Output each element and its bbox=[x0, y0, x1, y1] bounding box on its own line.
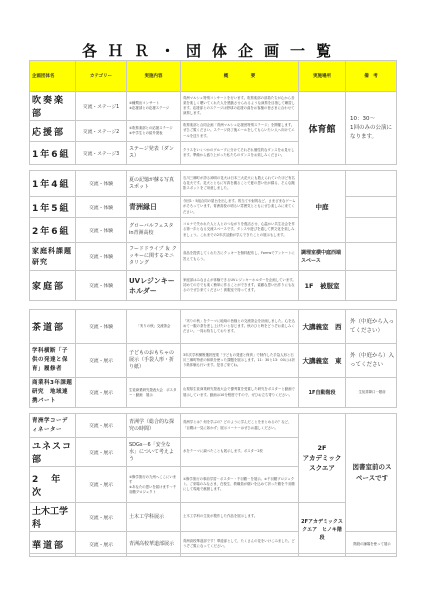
events-table-section-4: 青洲学コーディネーター 交流・展示 青洲学（総合的な探究の時間） 青洲学とは？何… bbox=[29, 413, 397, 557]
organizer-name: 茶道部 bbox=[30, 310, 76, 344]
event-note bbox=[346, 171, 397, 197]
event-description: 青洲学とは？何を学ぶの？どのように学んだことをまとめるの？など、「百聞は一見に如… bbox=[181, 414, 299, 438]
category: 交流・展示 bbox=[76, 378, 127, 408]
event-content: 夏の記憶が蘇る写真スポット bbox=[127, 171, 181, 197]
table-row: 家庭部 交流・体験 UVレジンキーホルダー 家庭部はみなさんが体験できるUVレジ… bbox=[30, 271, 397, 301]
event-place: 1F 被服室 bbox=[299, 271, 346, 301]
event-note bbox=[346, 197, 397, 218]
event-description: 3年次学科横断選択授業「子どもの発達と保育」で制作した手袋人形と石川三郷町特産の… bbox=[181, 344, 299, 378]
organizer-name: 土木工学科 bbox=[30, 503, 76, 532]
organizer-name: 2 年 次 bbox=[30, 467, 76, 503]
event-content: 「実りの秋」交流茶会 bbox=[127, 310, 181, 344]
organizer-name: ユネスコ部 bbox=[30, 438, 76, 467]
organizer-name: 吹奏楽部 bbox=[30, 92, 76, 121]
event-description: 食品を提供してくれた方にクッキーを無料配布し、Formsでアンケートに答えてもら… bbox=[181, 243, 299, 271]
events-table-section-2: 1年4組 交流・体験 夏の記憶が蘇る写真スポット 石川三郷町が誇る神明の花火は日… bbox=[29, 170, 397, 301]
event-place: 体育館 bbox=[299, 92, 346, 165]
event-content: 土木工学科展示 bbox=[127, 503, 181, 532]
category: 交流・ステージ3 bbox=[76, 142, 127, 165]
event-note bbox=[346, 218, 397, 243]
organizer-name: 家庭科課題研究 bbox=[30, 243, 76, 271]
event-place: 2Fアカデミックスクエア ヒノキ階段 bbox=[299, 503, 346, 557]
events-table-section-1: 企画団体名 カテゴリー 実施内容 概 要 実施場所 備 考 吹奏楽部 交流・ステ… bbox=[29, 60, 397, 165]
header-notes: 備 考 bbox=[346, 61, 397, 92]
event-content: 青洲縁日 bbox=[127, 197, 181, 218]
event-content: フードドライブ ＆ クッキーに関するモニタリング bbox=[127, 243, 181, 271]
organizer-name: 1年5組 bbox=[30, 197, 76, 218]
event-content: ①種飛出コンサート ②応援部との応援ステージ bbox=[127, 92, 181, 121]
event-content: 子どものおもちゃの展示（手袋人形・折り紙） bbox=[127, 344, 181, 378]
event-description: 土木工学科の生徒が製作した作品を展示します。 bbox=[181, 503, 299, 532]
event-content: グローバルフェスタin青洲高校 bbox=[127, 218, 181, 243]
organizer-name: 1年6組 bbox=[30, 142, 76, 165]
category: 交流・体験 bbox=[76, 171, 127, 197]
table-row: 学科横断「子供の発達と保育」履修者 交流・展示 子どものおもちゃの展示（手袋人形… bbox=[30, 344, 397, 378]
organizer-name: 家庭部 bbox=[30, 271, 76, 301]
event-note: 10：30～ 1回のみの公演になります。 bbox=[346, 92, 397, 165]
event-place: 2F アカデミックスクエア bbox=[299, 414, 346, 503]
event-note: 図書室前のスペースです bbox=[346, 414, 397, 532]
organizer-name: 商業科3年課題研究 地域連携パート bbox=[30, 378, 76, 408]
table-row: 吹奏楽部 交流・ステージ1 ①種飛出コンサート ②応援部との応援ステージ 青洲マ… bbox=[30, 92, 397, 121]
event-place: 1F自動階段 bbox=[299, 378, 346, 408]
category: 交流・展示 bbox=[76, 467, 127, 503]
event-note bbox=[346, 271, 397, 301]
category: 交流・展示 bbox=[76, 438, 127, 467]
category: 交流・体験 bbox=[76, 197, 127, 218]
event-content: UVレジンキーホルダー bbox=[127, 271, 181, 301]
organizer-name: 応援部 bbox=[30, 121, 76, 142]
event-place: 大講義室 東 bbox=[299, 344, 346, 378]
event-place: 大講義室 西 bbox=[299, 310, 346, 344]
category: 交流・展示 bbox=[76, 414, 127, 438]
header-summary: 概 要 bbox=[181, 61, 299, 92]
table-row: 家庭科課題研究 交流・体験 フードドライブ ＆ クッキーに関するモニタリング 食… bbox=[30, 243, 397, 271]
page-title: 各ＨＲ・団体企画一覧 bbox=[0, 40, 424, 61]
category: 交流・体験 bbox=[76, 310, 127, 344]
category: 交流・体験 bbox=[76, 218, 127, 243]
divider bbox=[29, 553, 396, 554]
event-note: 外（中庭から入ってください） bbox=[346, 310, 397, 344]
category: 交流・ステージ2 bbox=[76, 121, 127, 142]
table-row: 1年4組 交流・体験 夏の記憶が蘇る写真スポット 石川三郷町が誇る神明の花火は日… bbox=[30, 171, 397, 197]
event-description: クラスをいくつかのグループに分けてそれぞれ個性的なダンスをお見せします。準備から… bbox=[181, 142, 299, 165]
event-place: 調理室横中庭西端スペース bbox=[299, 243, 346, 271]
header-place: 実施場所 bbox=[299, 61, 346, 92]
events-table-section-3: 茶道部 交流・体験 「実りの秋」交流茶会 「実りの秋」をテーマに地域の皆様との交… bbox=[29, 309, 397, 408]
event-note: 生徒昇降口一階前 bbox=[346, 378, 397, 408]
event-note bbox=[346, 243, 397, 271]
event-content: ①修学旅行の九州へここにいます ②あなたの思いを届けます～千羽鶴プロジェクト bbox=[127, 467, 181, 503]
event-description: 山梨県生徒商業研究発表大会で優秀賞を受賞した研究をポスターと動画で展示しています… bbox=[181, 378, 299, 408]
event-description: 水をテーマに調べたことも展示します。ポスター2枚 bbox=[181, 438, 299, 467]
event-description: 「実りの秋」をテーマに地域の皆様との交流茶会を計画しました。心を込めて一服の茶を… bbox=[181, 310, 299, 344]
event-description: 青洲マルシェ特別コンサートを行います。吹奏楽部の部員たちが心から音楽を楽しく聴い… bbox=[181, 92, 299, 121]
event-content: 生徒商業研究発表大会 ポスター・動画 展示 bbox=[127, 378, 181, 408]
event-description: 家庭部はみなさんが体験できるUVレジンキーホルダーを企画しています。初めての方で… bbox=[181, 271, 299, 301]
event-content: SDGs－6「安全な水」について考えよう bbox=[127, 438, 181, 467]
table-row: 青洲学コーディネーター 交流・展示 青洲学（総合的な探究の時間） 青洲学とは？何… bbox=[30, 414, 397, 438]
organizer-name: 学科横断「子供の発達と保育」履修者 bbox=[30, 344, 76, 378]
table-row: 茶道部 交流・体験 「実りの秋」交流茶会 「実りの秋」をテーマに地域の皆様との交… bbox=[30, 310, 397, 344]
event-content: ステージ発表（ダンス） bbox=[127, 142, 181, 165]
event-content: 青洲学（総合的な探究の時間） bbox=[127, 414, 181, 438]
category: 交流・展示 bbox=[76, 503, 127, 532]
event-place: 中庭 bbox=[299, 171, 346, 243]
header-category: カテゴリー bbox=[76, 61, 127, 92]
event-content: ①吹奏楽部との応援ステージ ②中学生との紹介発表 bbox=[127, 121, 181, 142]
event-description: 今回1・5組合同の屋台を出します。的当てや射的など、さまざまなゲームがそろってい… bbox=[181, 197, 299, 218]
header-organizer: 企画団体名 bbox=[30, 61, 76, 92]
category: 交流・展示 bbox=[76, 344, 127, 378]
event-description: ①修学旅行の事前学習－ポスター・千羽鶴－を展示。②千羽鶴プロジェクト。ご来場のみ… bbox=[181, 467, 299, 503]
event-description: 吹奏楽部と合同企画「青洲マルシェ応援団特別ステージ」を開催します。ぜひご覧くださ… bbox=[181, 121, 299, 142]
organizer-name: 2年6組 bbox=[30, 218, 76, 243]
table-row: 商業科3年課題研究 地域連携パート 交流・展示 生徒商業研究発表大会 ポスター・… bbox=[30, 378, 397, 408]
category: 交流・体験 bbox=[76, 271, 127, 301]
event-description: 石川三郷町が誇る神明の花火は日本三大花火にも数えられていたほど有名な花火です。花… bbox=[181, 171, 299, 197]
category: 交流・体験 bbox=[76, 243, 127, 271]
table-row: 土木工学科 交流・展示 土木工学科展示 土木工学科の生徒が製作した作品を展示しま… bbox=[30, 503, 397, 532]
table-header-row: 企画団体名 カテゴリー 実施内容 概 要 実施場所 備 考 bbox=[30, 61, 397, 92]
header-content: 実施内容 bbox=[127, 61, 181, 92]
organizer-name: 1年4組 bbox=[30, 171, 76, 197]
event-description: コロナで失われた人と人とのつながりを復活させ、心温かい共生社会を作る第一歩となる… bbox=[181, 218, 299, 243]
event-note: 外（中庭から）入ってください bbox=[346, 344, 397, 378]
category: 交流・ステージ1 bbox=[76, 92, 127, 121]
organizer-name: 青洲学コーディネーター bbox=[30, 414, 76, 438]
